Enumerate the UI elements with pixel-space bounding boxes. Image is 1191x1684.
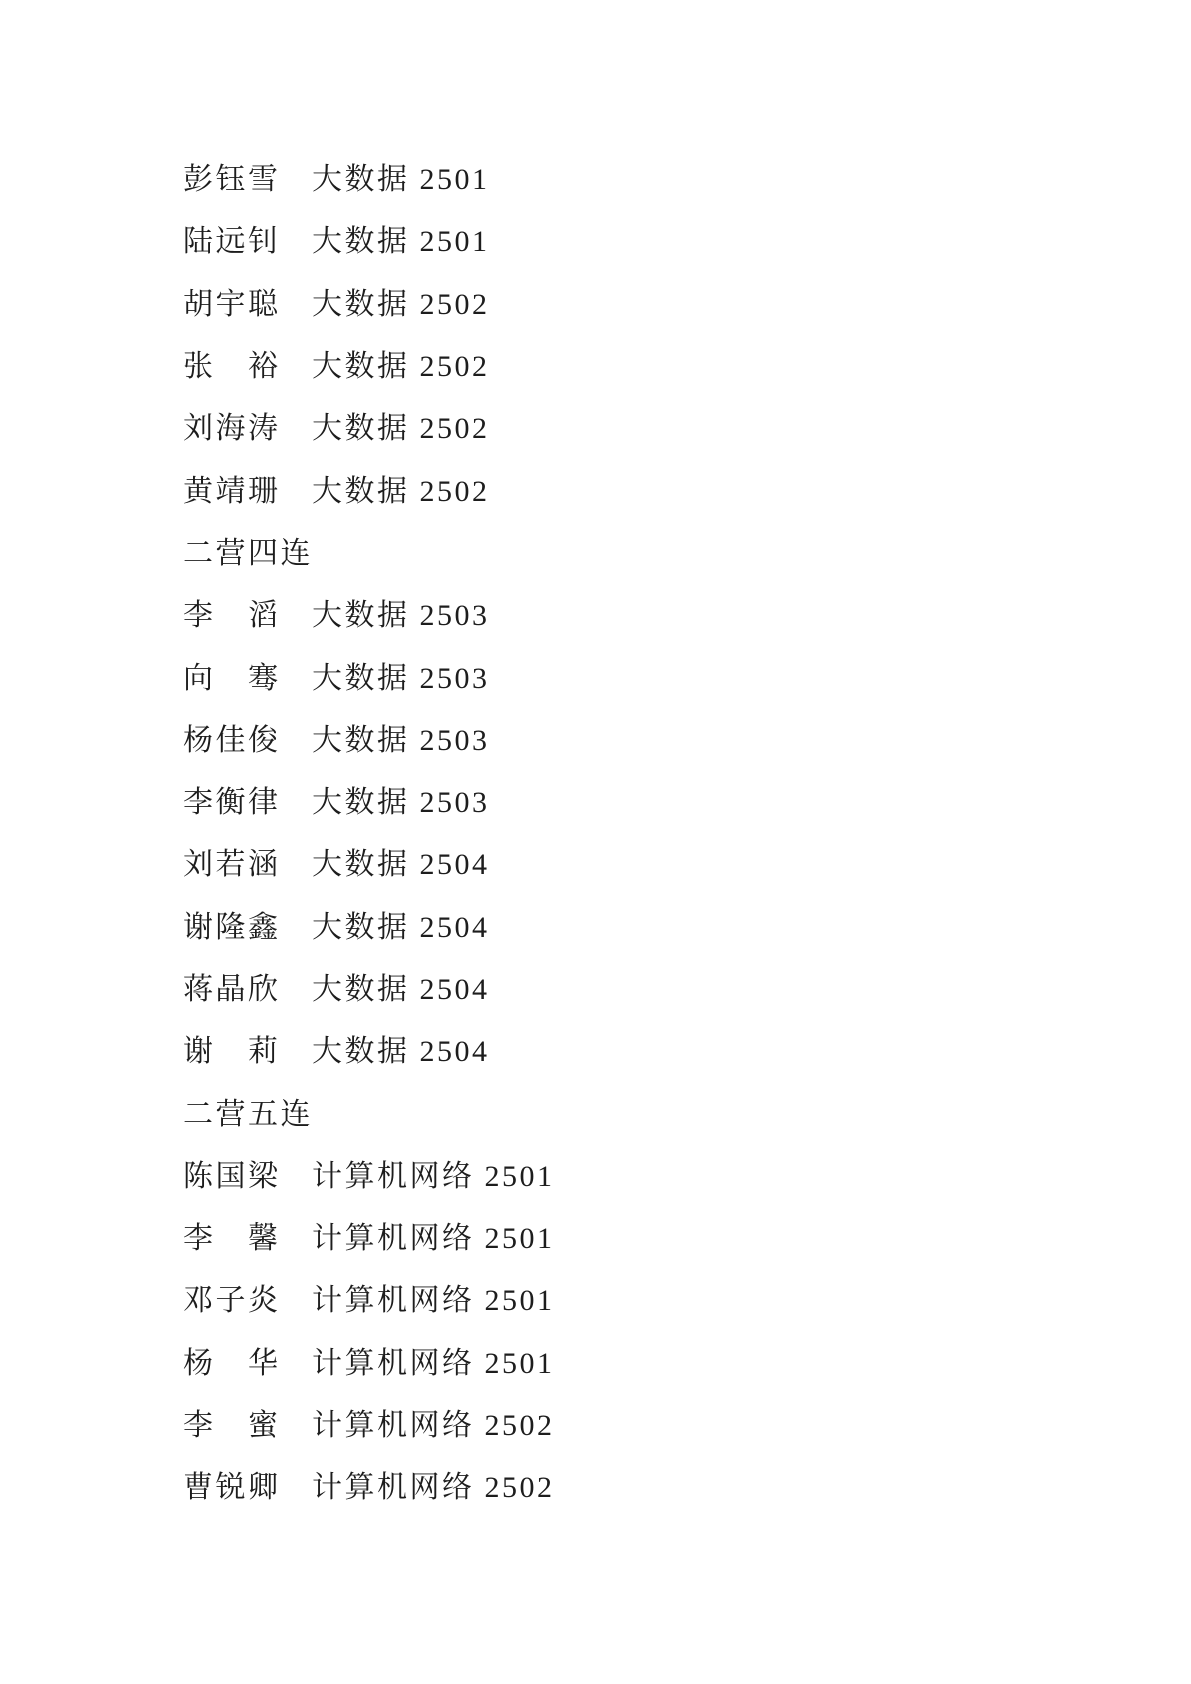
roster-row: 曹锐卿 计算机网络 2502: [183, 1453, 555, 1515]
student-name: 刘海涛: [183, 403, 283, 447]
roster-row: 张 裕 大数据 2502: [183, 332, 555, 394]
roster-row: 彭钰雪 大数据 2501: [183, 145, 555, 207]
student-name: 邓子炎: [183, 1275, 283, 1319]
student-name: 谢 莉: [183, 1026, 283, 1070]
section-header-row: 二营四连: [183, 519, 555, 581]
student-name: 曹锐卿: [183, 1462, 283, 1506]
roster-row: 谢 莉 大数据 2504: [183, 1017, 555, 1079]
class-label: 计算机网络 2501: [312, 1275, 555, 1319]
student-name: 陆远钊: [183, 216, 283, 260]
student-name: 杨佳俊: [183, 715, 283, 759]
student-name: 李 馨: [183, 1213, 283, 1257]
roster-row: 李 滔 大数据 2503: [183, 581, 555, 643]
class-label: 计算机网络 2501: [312, 1338, 555, 1382]
roster-row: 蒋晶欣 大数据 2504: [183, 955, 555, 1017]
student-name: 陈国梁: [183, 1151, 283, 1195]
class-label: 大数据 2503: [312, 715, 490, 759]
class-label: 大数据 2504: [312, 964, 490, 1008]
roster-row: 李 馨 计算机网络 2501: [183, 1204, 555, 1266]
roster-row: 陈国梁 计算机网络 2501: [183, 1142, 555, 1204]
student-name: 黄靖珊: [183, 466, 283, 510]
roster-row: 李衡律 大数据 2503: [183, 768, 555, 830]
student-name: 李 蜜: [183, 1400, 283, 1444]
student-name: 刘若涵: [183, 839, 283, 883]
roster-row: 陆远钊 大数据 2501: [183, 207, 555, 269]
student-name: 彭钰雪: [183, 154, 283, 198]
class-label: 大数据 2502: [312, 403, 490, 447]
roster-row: 胡宇聪 大数据 2502: [183, 270, 555, 332]
roster-row: 杨 华 计算机网络 2501: [183, 1329, 555, 1391]
roster-row: 刘若涵 大数据 2504: [183, 830, 555, 892]
section-title: 二营四连: [183, 528, 313, 572]
roster-row: 邓子炎 计算机网络 2501: [183, 1266, 555, 1328]
section-title: 二营五连: [183, 1089, 313, 1133]
class-label: 计算机网络 2502: [312, 1400, 555, 1444]
class-label: 大数据 2502: [312, 279, 490, 323]
class-label: 大数据 2502: [312, 341, 490, 385]
student-name: 杨 华: [183, 1338, 283, 1382]
roster-row: 杨佳俊 大数据 2503: [183, 706, 555, 768]
student-name: 胡宇聪: [183, 279, 283, 323]
class-label: 计算机网络 2501: [312, 1213, 555, 1257]
student-name: 蒋晶欣: [183, 964, 283, 1008]
class-label: 大数据 2504: [312, 1026, 490, 1070]
student-name: 李衡律: [183, 777, 283, 821]
class-label: 大数据 2504: [312, 902, 490, 946]
class-label: 计算机网络 2501: [312, 1151, 555, 1195]
class-label: 大数据 2502: [312, 466, 490, 510]
roster-row: 谢隆鑫 大数据 2504: [183, 893, 555, 955]
roster-list: 彭钰雪 大数据 2501 陆远钊 大数据 2501 胡宇聪 大数据 2502 张…: [183, 145, 555, 1516]
roster-row: 向 骞 大数据 2503: [183, 643, 555, 705]
class-label: 大数据 2503: [312, 590, 490, 634]
document-page: 彭钰雪 大数据 2501 陆远钊 大数据 2501 胡宇聪 大数据 2502 张…: [0, 0, 1191, 1684]
section-header-row: 二营五连: [183, 1079, 555, 1141]
student-name: 李 滔: [183, 590, 283, 634]
roster-row: 李 蜜 计算机网络 2502: [183, 1391, 555, 1453]
roster-row: 刘海涛 大数据 2502: [183, 394, 555, 456]
class-label: 大数据 2501: [312, 216, 490, 260]
class-label: 大数据 2503: [312, 777, 490, 821]
class-label: 大数据 2504: [312, 839, 490, 883]
student-name: 向 骞: [183, 653, 283, 697]
student-name: 张 裕: [183, 341, 283, 385]
student-name: 谢隆鑫: [183, 902, 283, 946]
class-label: 大数据 2503: [312, 653, 490, 697]
class-label: 计算机网络 2502: [312, 1462, 555, 1506]
class-label: 大数据 2501: [312, 154, 490, 198]
roster-row: 黄靖珊 大数据 2502: [183, 456, 555, 518]
